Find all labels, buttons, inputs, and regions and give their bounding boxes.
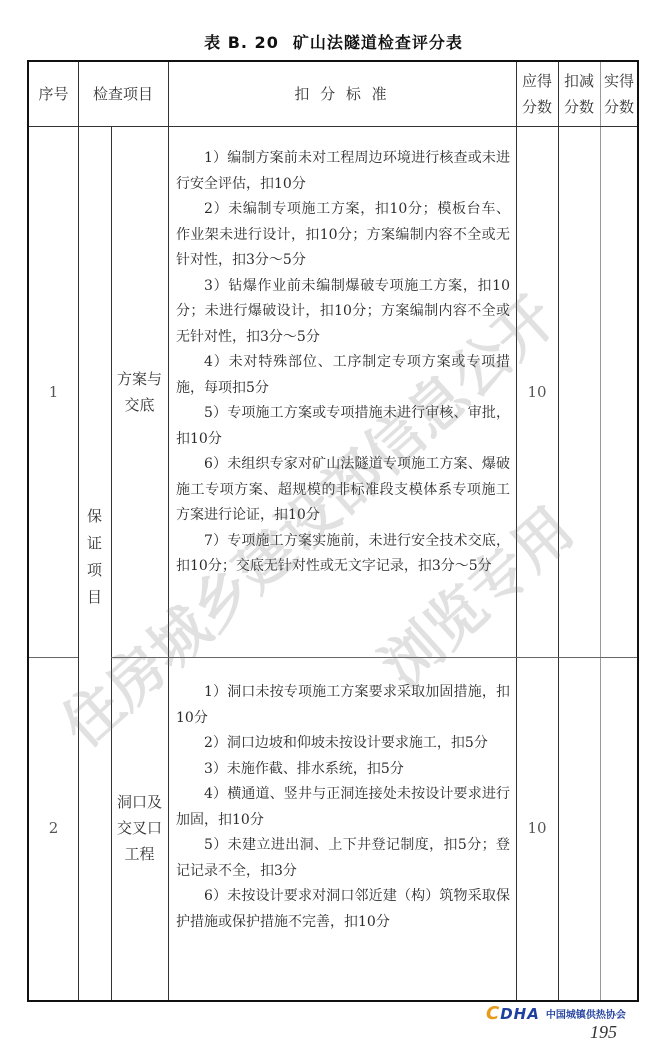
criteria-item: 3）未施作截、排水系统，扣5分 [176, 757, 510, 783]
col-divider [168, 62, 169, 1000]
header-due-score: 应得 分数 [516, 62, 558, 126]
table-number: 表 B. 20 [204, 33, 279, 52]
page-number: 195 [590, 1022, 617, 1043]
header-due-line2: 分数 [522, 94, 552, 120]
category-label: 保证项目 [78, 492, 111, 632]
row1-actual-score[interactable] [600, 126, 638, 657]
row2-due-score: 10 [516, 657, 558, 999]
header-seq: 序号 [29, 62, 78, 126]
row1-seq: 1 [29, 126, 78, 657]
row2-item-line2: 交叉口 [117, 815, 162, 841]
criteria-item: 4）横通道、竖井与正洞连接处未按设计要求进行加固，扣10分 [176, 782, 510, 833]
header-deduct-line2: 分数 [564, 94, 594, 120]
header-criteria: 扣 分 标 准 [168, 62, 516, 126]
scoring-table: 序号 检查项目 扣 分 标 准 应得 分数 扣减 分数 实得 分数 保证项目 1… [27, 60, 639, 1002]
header-due-line1: 应得 [522, 68, 552, 94]
row1-deduct-score[interactable] [558, 126, 600, 657]
table-title: 表 B. 20矿山法隧道检查评分表 [0, 30, 667, 53]
row1-item: 方案与 交底 [111, 126, 168, 657]
category-text: 保证项目 [84, 508, 105, 616]
criteria-item: 2）未编制专项施工方案，扣10分；模板台车、作业架未进行设计，扣10分；方案编制… [176, 197, 510, 274]
row2-criteria: 1）洞口未按专项施工方案要求采取加固措施，扣10分 2）洞口边坡和仰坡未按设计要… [176, 680, 510, 935]
org-name: 中国城镇供热协会 [546, 1006, 626, 1021]
header-actual-line2: 分数 [604, 94, 634, 120]
criteria-item: 7）专项施工方案实施前，未进行安全技术交底，扣10分；交底无针对性或无文字记录，… [176, 529, 510, 580]
row2-item-line1: 洞口及 [117, 789, 162, 815]
row2-deduct-score[interactable] [558, 657, 600, 999]
criteria-item: 6）未按设计要求对洞口邻近建（构）筑物采取保护措施或保护措施不完善，扣10分 [176, 884, 510, 935]
header-actual-line1: 实得 [604, 68, 634, 94]
row1-criteria: 1）编制方案前未对工程周边环境进行核查或未进行安全评估，扣10分 2）未编制专项… [176, 146, 510, 580]
criteria-item: 5）专项施工方案或专项措施未进行审核、审批，扣10分 [176, 401, 510, 452]
criteria-item: 2）洞口边坡和仰坡未按设计要求施工，扣5分 [176, 731, 510, 757]
criteria-item: 1）编制方案前未对工程周边环境进行核查或未进行安全评估，扣10分 [176, 146, 510, 197]
criteria-item: 4）未对特殊部位、工序制定专项方案或专项措施，每项扣5分 [176, 350, 510, 401]
criteria-item: 1）洞口未按专项施工方案要求采取加固措施，扣10分 [176, 680, 510, 731]
row2-item: 洞口及 交叉口 工程 [111, 657, 168, 999]
footer-logo: CDHA 中国城镇供热协会 [486, 1003, 626, 1024]
row1-due-score: 10 [516, 126, 558, 657]
row1-item-line2: 交底 [124, 392, 154, 418]
criteria-item: 6）未组织专家对矿山法隧道专项施工方案、爆破施工专项方案、超规模的非标准段支模体… [176, 452, 510, 529]
table-title-text: 矿山法隧道检查评分表 [293, 33, 463, 52]
header-deduct-line1: 扣减 [564, 68, 594, 94]
criteria-item: 5）未建立进出洞、上下井登记制度，扣5分；登记记录不全，扣3分 [176, 833, 510, 884]
dha-logo-icon: CDHA [486, 1003, 540, 1024]
header-item: 检查项目 [78, 62, 168, 126]
row2-item-line3: 工程 [124, 841, 154, 867]
row2-seq: 2 [29, 657, 78, 999]
header-deduct-score: 扣减 分数 [558, 62, 600, 126]
row2-actual-score[interactable] [600, 657, 638, 999]
header-actual-score: 实得 分数 [600, 62, 638, 126]
row1-item-line1: 方案与 [117, 366, 162, 392]
criteria-item: 3）钻爆作业前未编制爆破专项施工方案，扣10分；未进行爆破设计，扣10分；方案编… [176, 274, 510, 351]
